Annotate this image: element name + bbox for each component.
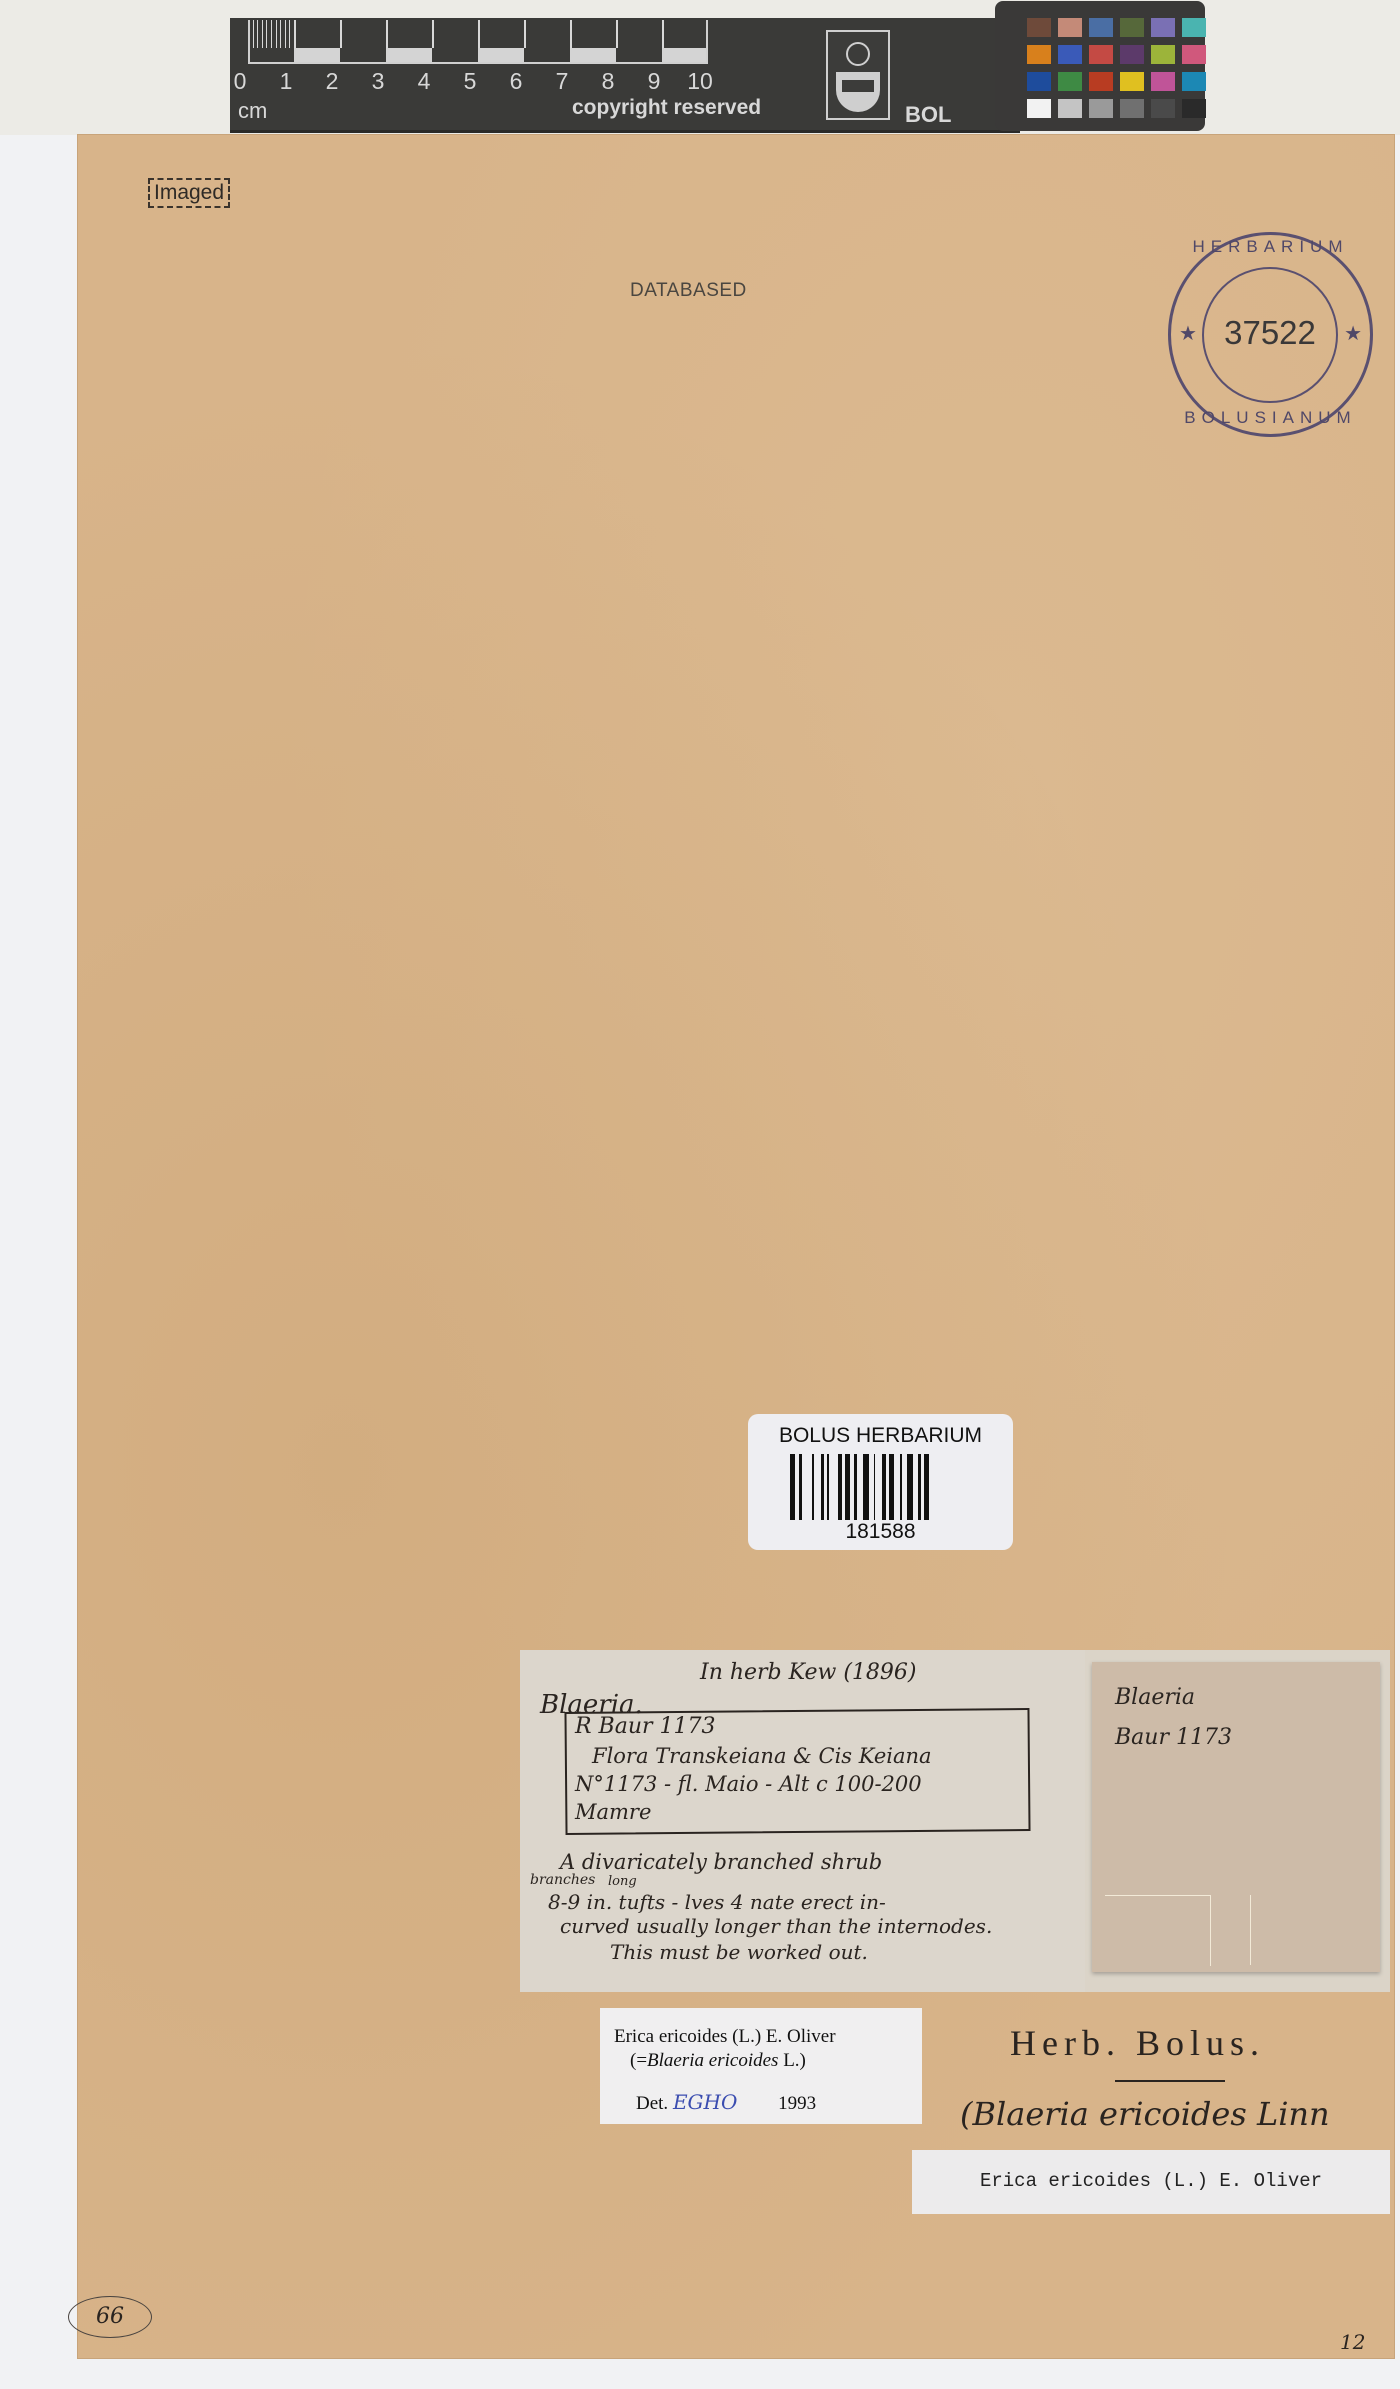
color-swatch	[1182, 45, 1206, 64]
databased-stamp: DATABASED	[630, 280, 747, 302]
color-swatch	[1151, 18, 1175, 37]
stamp-top-text: HERBARIUM	[1171, 237, 1370, 257]
tick-label: 5	[464, 68, 477, 95]
note-insert: branches	[530, 1872, 595, 1888]
tick-label: 2	[326, 68, 339, 95]
color-swatch	[1089, 18, 1113, 37]
barcode-label: BOLUS HERBARIUM 181588	[748, 1414, 1013, 1550]
copyright-label: copyright reserved	[572, 96, 761, 120]
color-swatch	[1151, 99, 1175, 118]
note-line-3: curved usually longer than the internode…	[560, 1914, 992, 1938]
tick-label: 6	[510, 68, 523, 95]
synonym-prefix: (=	[630, 2050, 647, 2071]
star-icon: ★	[1344, 321, 1362, 346]
packet-line-2: Baur 1173	[1115, 1725, 1232, 1750]
tick-label: 3	[372, 68, 385, 95]
institution-crest-icon	[826, 30, 890, 120]
unit-label: cm	[238, 98, 267, 124]
color-swatch	[1120, 99, 1144, 118]
color-swatch	[1027, 99, 1051, 118]
herbarium-stamp: HERBARIUM ★ ★ 37522 BOLUSIANUM	[1168, 232, 1373, 437]
packet-flap	[1210, 1895, 1251, 1965]
tick-label: 7	[556, 68, 569, 95]
color-swatch	[1120, 45, 1144, 64]
note-line-2: 8-9 in. tufts - lves 4 nate erect in-	[548, 1890, 886, 1914]
color-swatch	[1089, 45, 1113, 64]
scale-bar: 012345678910 cm copyright reserved BOL	[230, 18, 1020, 133]
star-icon: ★	[1179, 321, 1197, 346]
note-line-1: A divaricately branched shrub	[560, 1850, 882, 1874]
original-name: (Blaeria ericoides Linn	[960, 2095, 1330, 2133]
color-swatch	[1120, 18, 1144, 37]
box-line-1: R Baur 1173	[575, 1714, 716, 1739]
tick-label: 10	[687, 68, 713, 95]
packet-flap	[1105, 1895, 1211, 1966]
det-by: Det. EGHO 1993	[636, 2090, 958, 2115]
box-line-4: Mamre	[575, 1800, 651, 1824]
stamp-bottom-text: BOLUSIANUM	[1171, 408, 1370, 428]
synonym-suffix: L.)	[778, 2050, 805, 2071]
tick-label: 9	[648, 68, 661, 95]
box-line-2: Flora Transkeiana & Cis Keiana	[592, 1744, 932, 1768]
label-header: In herb Kew (1896)	[700, 1660, 916, 1685]
determination-label: Erica ericoides (L.) E. Oliver (=Blaeria…	[600, 2008, 922, 2124]
typed-name: Erica ericoides (L.) E. Oliver	[912, 2170, 1390, 2192]
typed-name-label: Erica ericoides (L.) E. Oliver	[912, 2150, 1390, 2214]
barcode-icon	[790, 1454, 970, 1520]
sheet-number-right: 12	[1340, 2330, 1365, 2354]
det-name: Erica ericoides (L.) E. Oliver	[614, 2026, 936, 2048]
color-swatch	[1058, 45, 1082, 64]
stamp-number: 37522	[1204, 314, 1336, 352]
det-prefix: Det.	[636, 2093, 668, 2114]
herb-bolus-label: Herb. Bolus.	[1010, 2022, 1265, 2064]
color-swatch	[1151, 72, 1175, 91]
institution-code: BOL	[905, 102, 951, 128]
packet-line-1: Blaeria	[1115, 1685, 1195, 1710]
tick-label: 0	[234, 68, 247, 95]
ruler-ticks: 012345678910	[240, 68, 740, 98]
color-swatch	[1027, 45, 1051, 64]
color-checker	[995, 1, 1205, 131]
barcode-title: BOLUS HERBARIUM	[748, 1424, 1013, 1448]
imaged-stamp: Imaged	[148, 178, 230, 208]
color-swatch	[1120, 72, 1144, 91]
tick-label: 4	[418, 68, 431, 95]
color-swatch	[1089, 99, 1113, 118]
sheet-number-left: 66	[68, 2296, 152, 2338]
note-insert-2: long	[608, 1874, 637, 1889]
color-swatch	[1058, 72, 1082, 91]
color-swatch	[1182, 18, 1206, 37]
color-swatch	[1182, 72, 1206, 91]
color-swatch	[1058, 99, 1082, 118]
det-year: 1993	[778, 2093, 816, 2114]
color-swatch	[1151, 45, 1175, 64]
color-swatch	[1182, 99, 1206, 118]
tick-label: 8	[602, 68, 615, 95]
det-signature: EGHO	[673, 2090, 737, 2114]
divider	[1115, 2080, 1225, 2082]
color-swatch	[1058, 18, 1082, 37]
synonym-name: Blaeria ericoides	[647, 2050, 778, 2071]
color-swatch	[1027, 18, 1051, 37]
barcode-number: 181588	[748, 1520, 1013, 1544]
ruler-graphic	[248, 20, 713, 64]
tick-label: 1	[280, 68, 293, 95]
color-swatch	[1027, 72, 1051, 91]
note-line-4: This must be worked out.	[610, 1940, 868, 1964]
color-swatch	[1089, 72, 1113, 91]
box-line-3: N°1173 - fl. Maio - Alt c 100-200	[575, 1772, 922, 1796]
det-synonym: (=Blaeria ericoides L.)	[630, 2050, 952, 2072]
